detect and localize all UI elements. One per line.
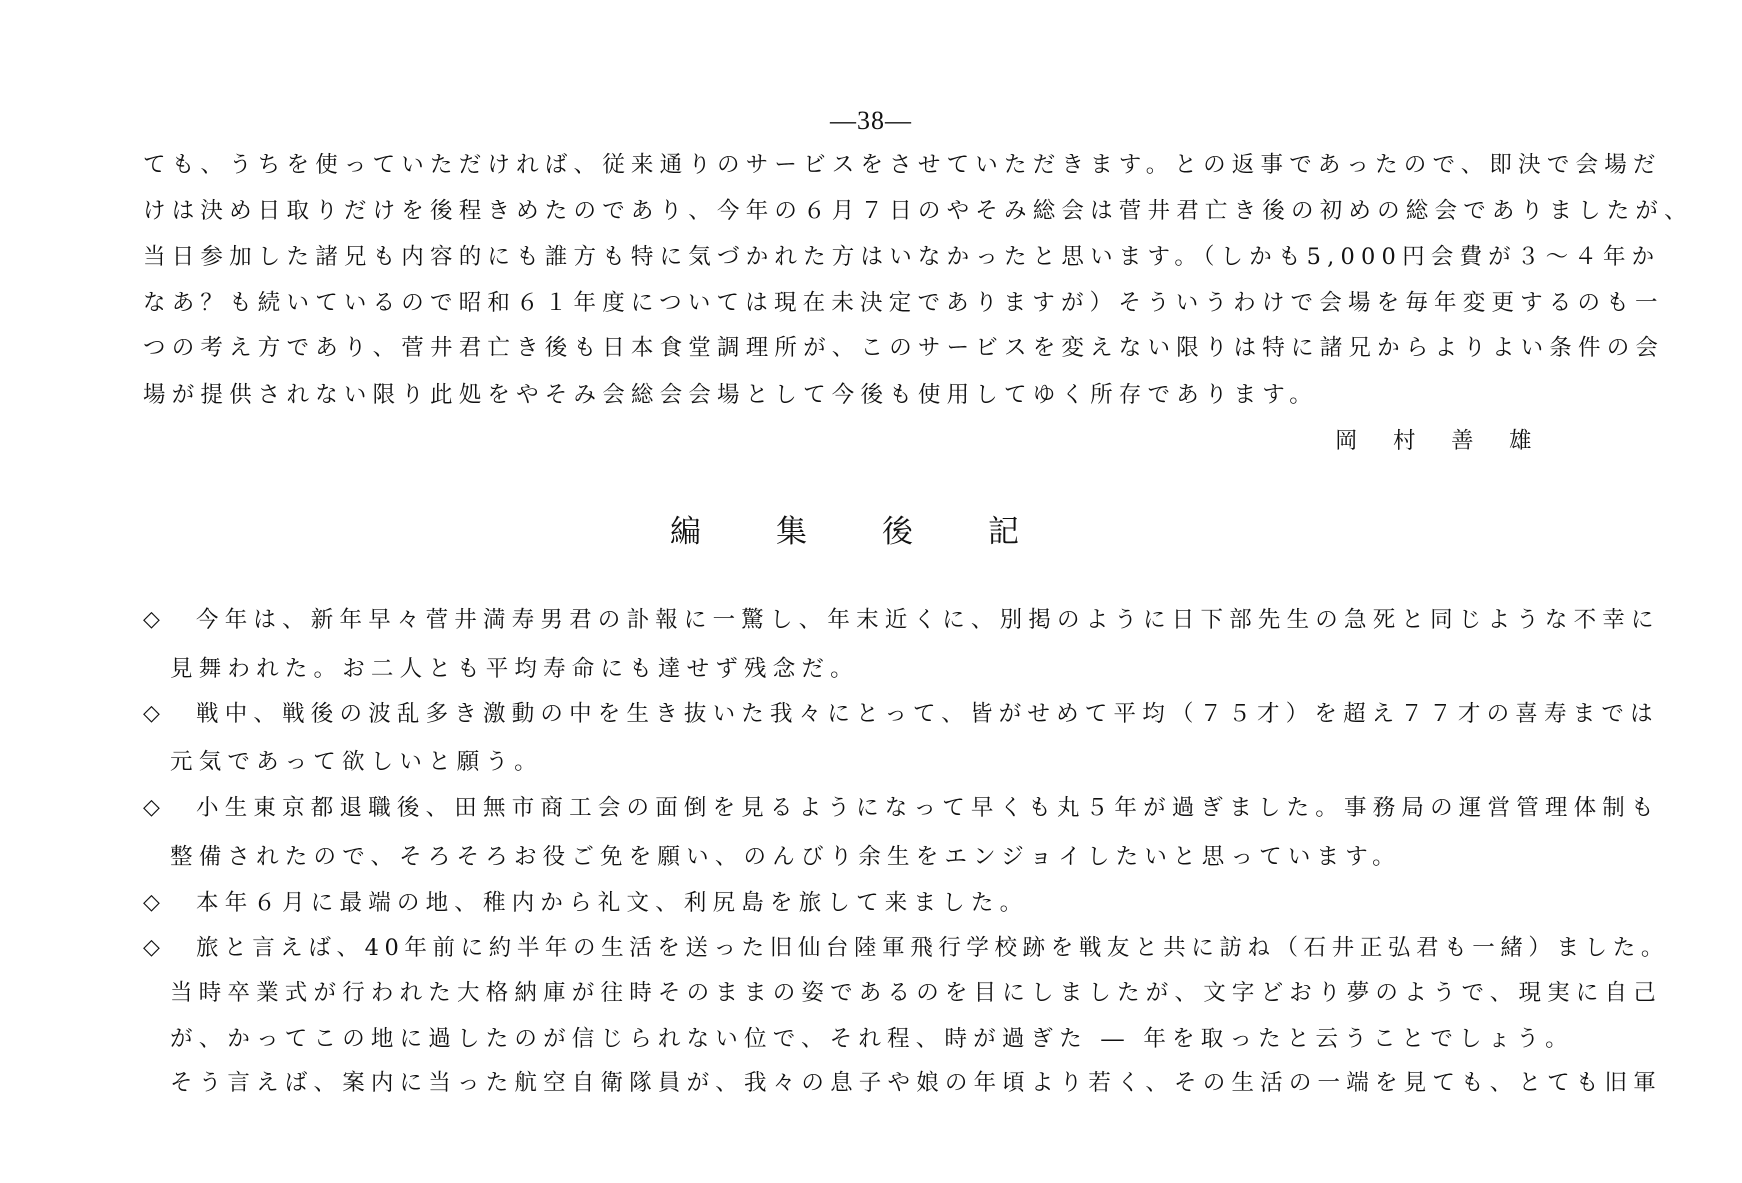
item-text-cont: が、かってこの地に過したのが信じられない位で、それ程、時が過ぎた ― 年を取った… (170, 1024, 1574, 1054)
heading-char: 編 (670, 512, 776, 552)
item-text-cont: 元気であって欲しいと願う。 (170, 747, 543, 777)
item-text: 旅と言えば、40年前に約半年の生活を送った旧仙台陸軍飛行学校跡を戦友と共に訪ね（… (196, 933, 1669, 963)
letter-line: つの考え方であり、菅井君亡き後も日本食堂調理所が、このサービスを変えない限りは特… (143, 333, 1664, 363)
letter-line: けは決め日取りだけを後程きめたのであり、今年の６月７日のやそみ総会は菅井君亡き後… (143, 196, 1693, 226)
letter-line: 当日参加した諸兄も内容的にも誰方も特に気づかれた方はいなかったと思います。（しか… (143, 242, 1660, 272)
diamond-bullet-icon: ◇ (143, 933, 160, 963)
signature-char: 雄 (1509, 426, 1567, 456)
letter-line: 場が提供されない限り此処をやそみ会総会会場として今後も使用してゆく所存であります… (143, 380, 1318, 410)
item-text-cont: 見舞われた。お二人とも平均寿命にも達せず残念だ。 (170, 654, 859, 684)
heading-char: 記 (988, 512, 1094, 552)
letter-line: ても、うちを使っていただければ、従来通りのサービスをさせていただきます。との返事… (143, 150, 1662, 180)
diamond-bullet-icon: ◇ (143, 605, 160, 635)
item-text: 本年６月に最端の地、稚内から礼文、利尻島を旅して来ました。 (196, 888, 1028, 918)
item-text-cont: 整備されたので、そろそろお役ご免を願い、のんびり余生をエンジョイしたいと思ってい… (170, 842, 1401, 872)
diamond-bullet-icon: ◇ (143, 888, 160, 918)
diamond-bullet-icon: ◇ (143, 793, 160, 823)
page-number: —38— (0, 106, 1742, 136)
heading-char: 後 (882, 512, 988, 552)
heading-char: 集 (776, 512, 882, 552)
section-heading: 編集後記 (670, 512, 1094, 552)
item-text-cont: そう言えば、案内に当った航空自衛隊員が、我々の息子や娘の年頃より若く、その生活の… (170, 1068, 1662, 1098)
author-signature: 岡村善雄 (1335, 426, 1567, 456)
diamond-bullet-icon: ◇ (143, 699, 160, 729)
item-text: 小生東京都退職後、田無市商工会の面倒を見るようになって早くも丸５年が過ぎました。… (196, 793, 1660, 823)
signature-char: 善 (1451, 426, 1509, 456)
signature-char: 岡 (1335, 426, 1393, 456)
letter-line: なあ？も続いているので昭和６１年度については現在未決定でありますが）そういうわけ… (143, 288, 1664, 318)
item-text-cont: 当時卒業式が行われた大格納庫が往時そのままの姿であるのを目にしましたが、文字どお… (170, 978, 1662, 1008)
item-text: 戦中、戦後の波乱多き激動の中を生き抜いた我々にとって、皆がせめて平均（７５才）を… (196, 699, 1659, 729)
signature-char: 村 (1393, 426, 1451, 456)
item-text: 今年は、新年早々菅井満寿男君の訃報に一驚し、年末近くに、別掲のように日下部先生の… (196, 605, 1660, 635)
